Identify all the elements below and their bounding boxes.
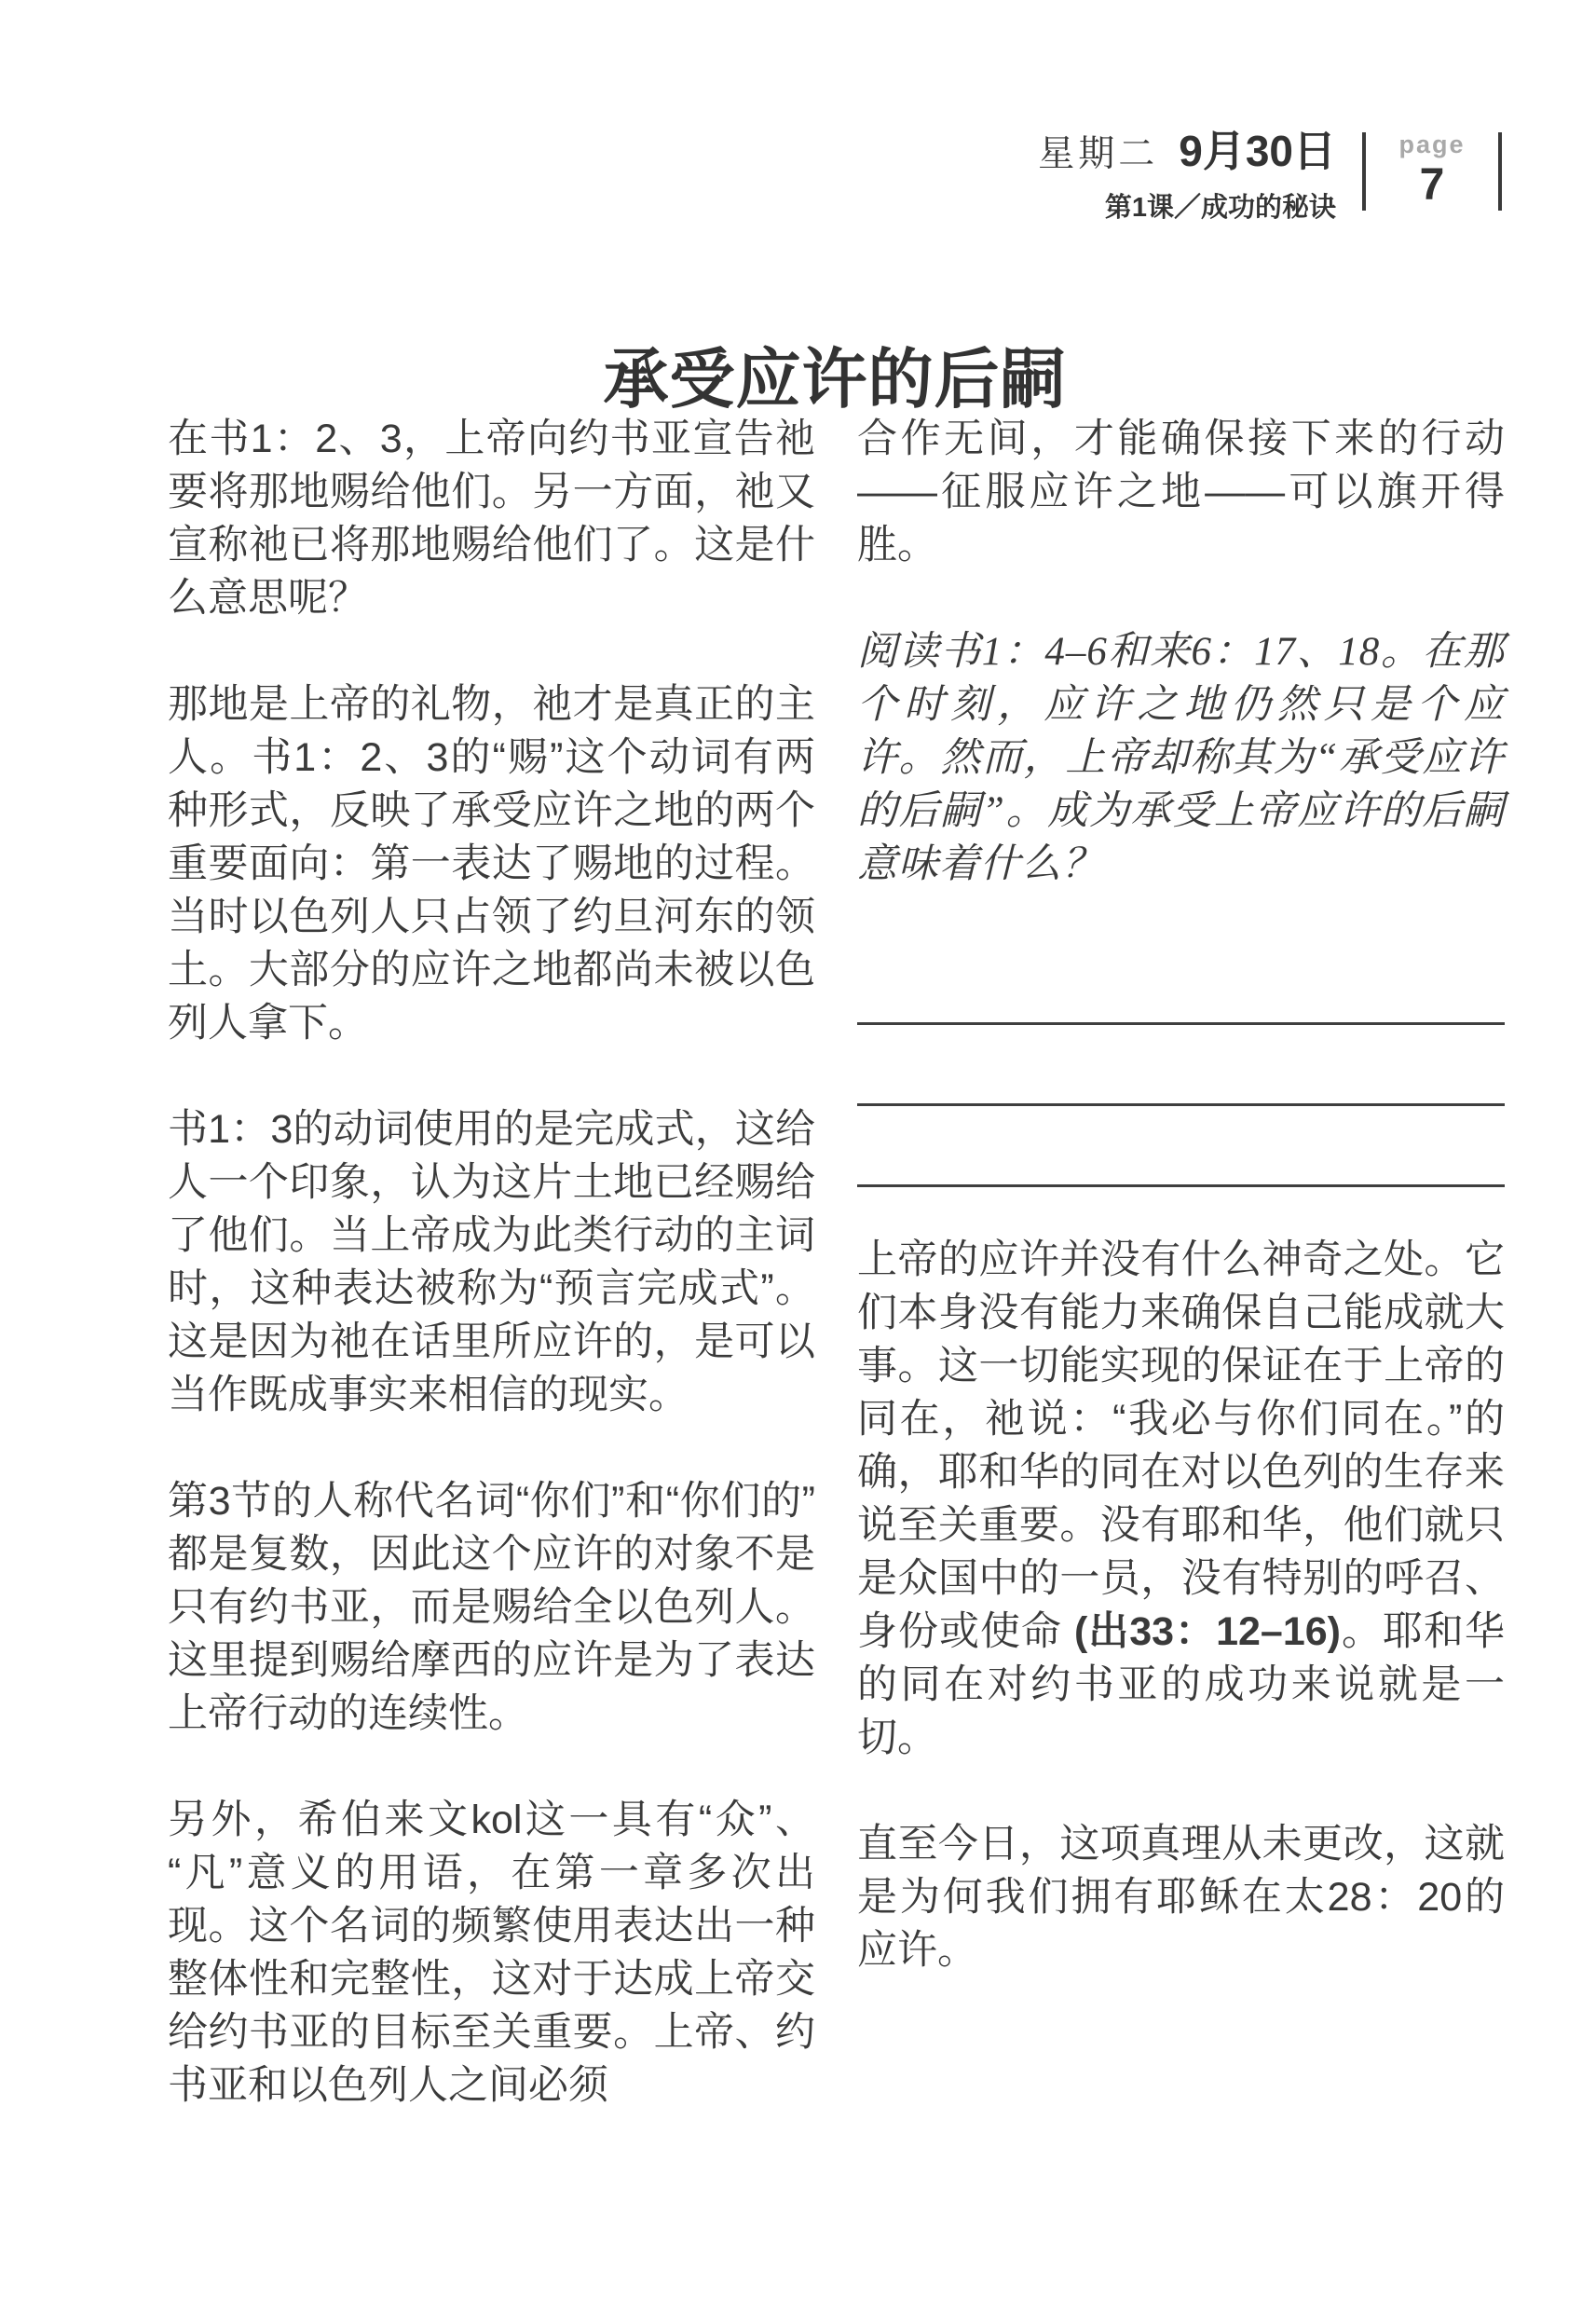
page-title: 承受应许的后嗣: [168, 344, 1502, 419]
body-paragraph: 书1：3的动词使用的是完成式，这给人一个印象，认为这片土地已经赐给了他们。当上帝…: [168, 1103, 815, 1422]
page-header: 星期二 9月30日 第1课／成功的秘诀 page 7: [1038, 117, 1502, 225]
left-column: 在书1：2、3，上帝向约书亚宣告祂要将那地赐给他们。另一方面，祂又宣称祂已将那地…: [168, 413, 815, 2113]
page-indicator: page 7: [1366, 117, 1498, 225]
paragraph-text: 上帝的应许并没有什么神奇之处。它们本身没有能力来确保自己能成就大事。这一切能实现…: [857, 1238, 1505, 1654]
weekday-label: 星期二: [1038, 125, 1158, 177]
page-number: 7: [1420, 161, 1445, 211]
body-paragraph: 直至今日，这项真理从未更改，这就是为何我们拥有耶稣在太28：20的应许。: [857, 1818, 1505, 1977]
lesson-label: 第1课／成功的秘诀: [1105, 186, 1336, 225]
header-date-row: 星期二 9月30日: [1038, 117, 1336, 179]
body-paragraph: 在书1：2、3，上帝向约书亚宣告祂要将那地赐给他们。另一方面，祂又宣称祂已将那地…: [168, 413, 815, 625]
date-label: 9月30日: [1179, 117, 1336, 179]
header-titles: 星期二 9月30日 第1课／成功的秘诀: [1038, 117, 1362, 225]
lesson-page: 星期二 9月30日 第1课／成功的秘诀 page 7 承受应许的后嗣 在书1：2…: [0, 0, 1596, 2311]
answer-line: [857, 944, 1505, 1025]
header-divider: [1498, 132, 1502, 211]
body-paragraph: 那地是上帝的礼物，祂才是真正的主人。书1：2、3的“赐”这个动词有两种形式，反映…: [168, 678, 815, 1050]
answer-lines: [857, 944, 1505, 1187]
page-label: page: [1398, 132, 1465, 157]
right-column: 合作无间，才能确保接下来的行动——征服应许之地——可以旗开得胜。 阅读书1：4–…: [857, 413, 1505, 1977]
answer-line: [857, 1025, 1505, 1106]
body-paragraph: 另外，希伯来文kol这一具有“众”、“凡”意义的用语，在第一章多次出现。这个名词…: [168, 1794, 815, 2113]
answer-line: [857, 1106, 1505, 1187]
body-paragraph: 合作无间，才能确保接下来的行动——征服应许之地——可以旗开得胜。: [857, 413, 1505, 572]
reading-prompt: 阅读书1：4–6和来6：17、18。在那个时刻，应许之地仍然只是个应许。然而，上…: [857, 625, 1505, 891]
body-paragraph: 上帝的应许并没有什么神奇之处。它们本身没有能力来确保自己能成就大事。这一切能实现…: [857, 1234, 1505, 1765]
scripture-reference: (出33：12–16): [1074, 1609, 1341, 1654]
body-paragraph: 第3节的人称代名词“你们”和“你们的”都是复数，因此这个应许的对象不是只有约书亚…: [168, 1475, 815, 1741]
